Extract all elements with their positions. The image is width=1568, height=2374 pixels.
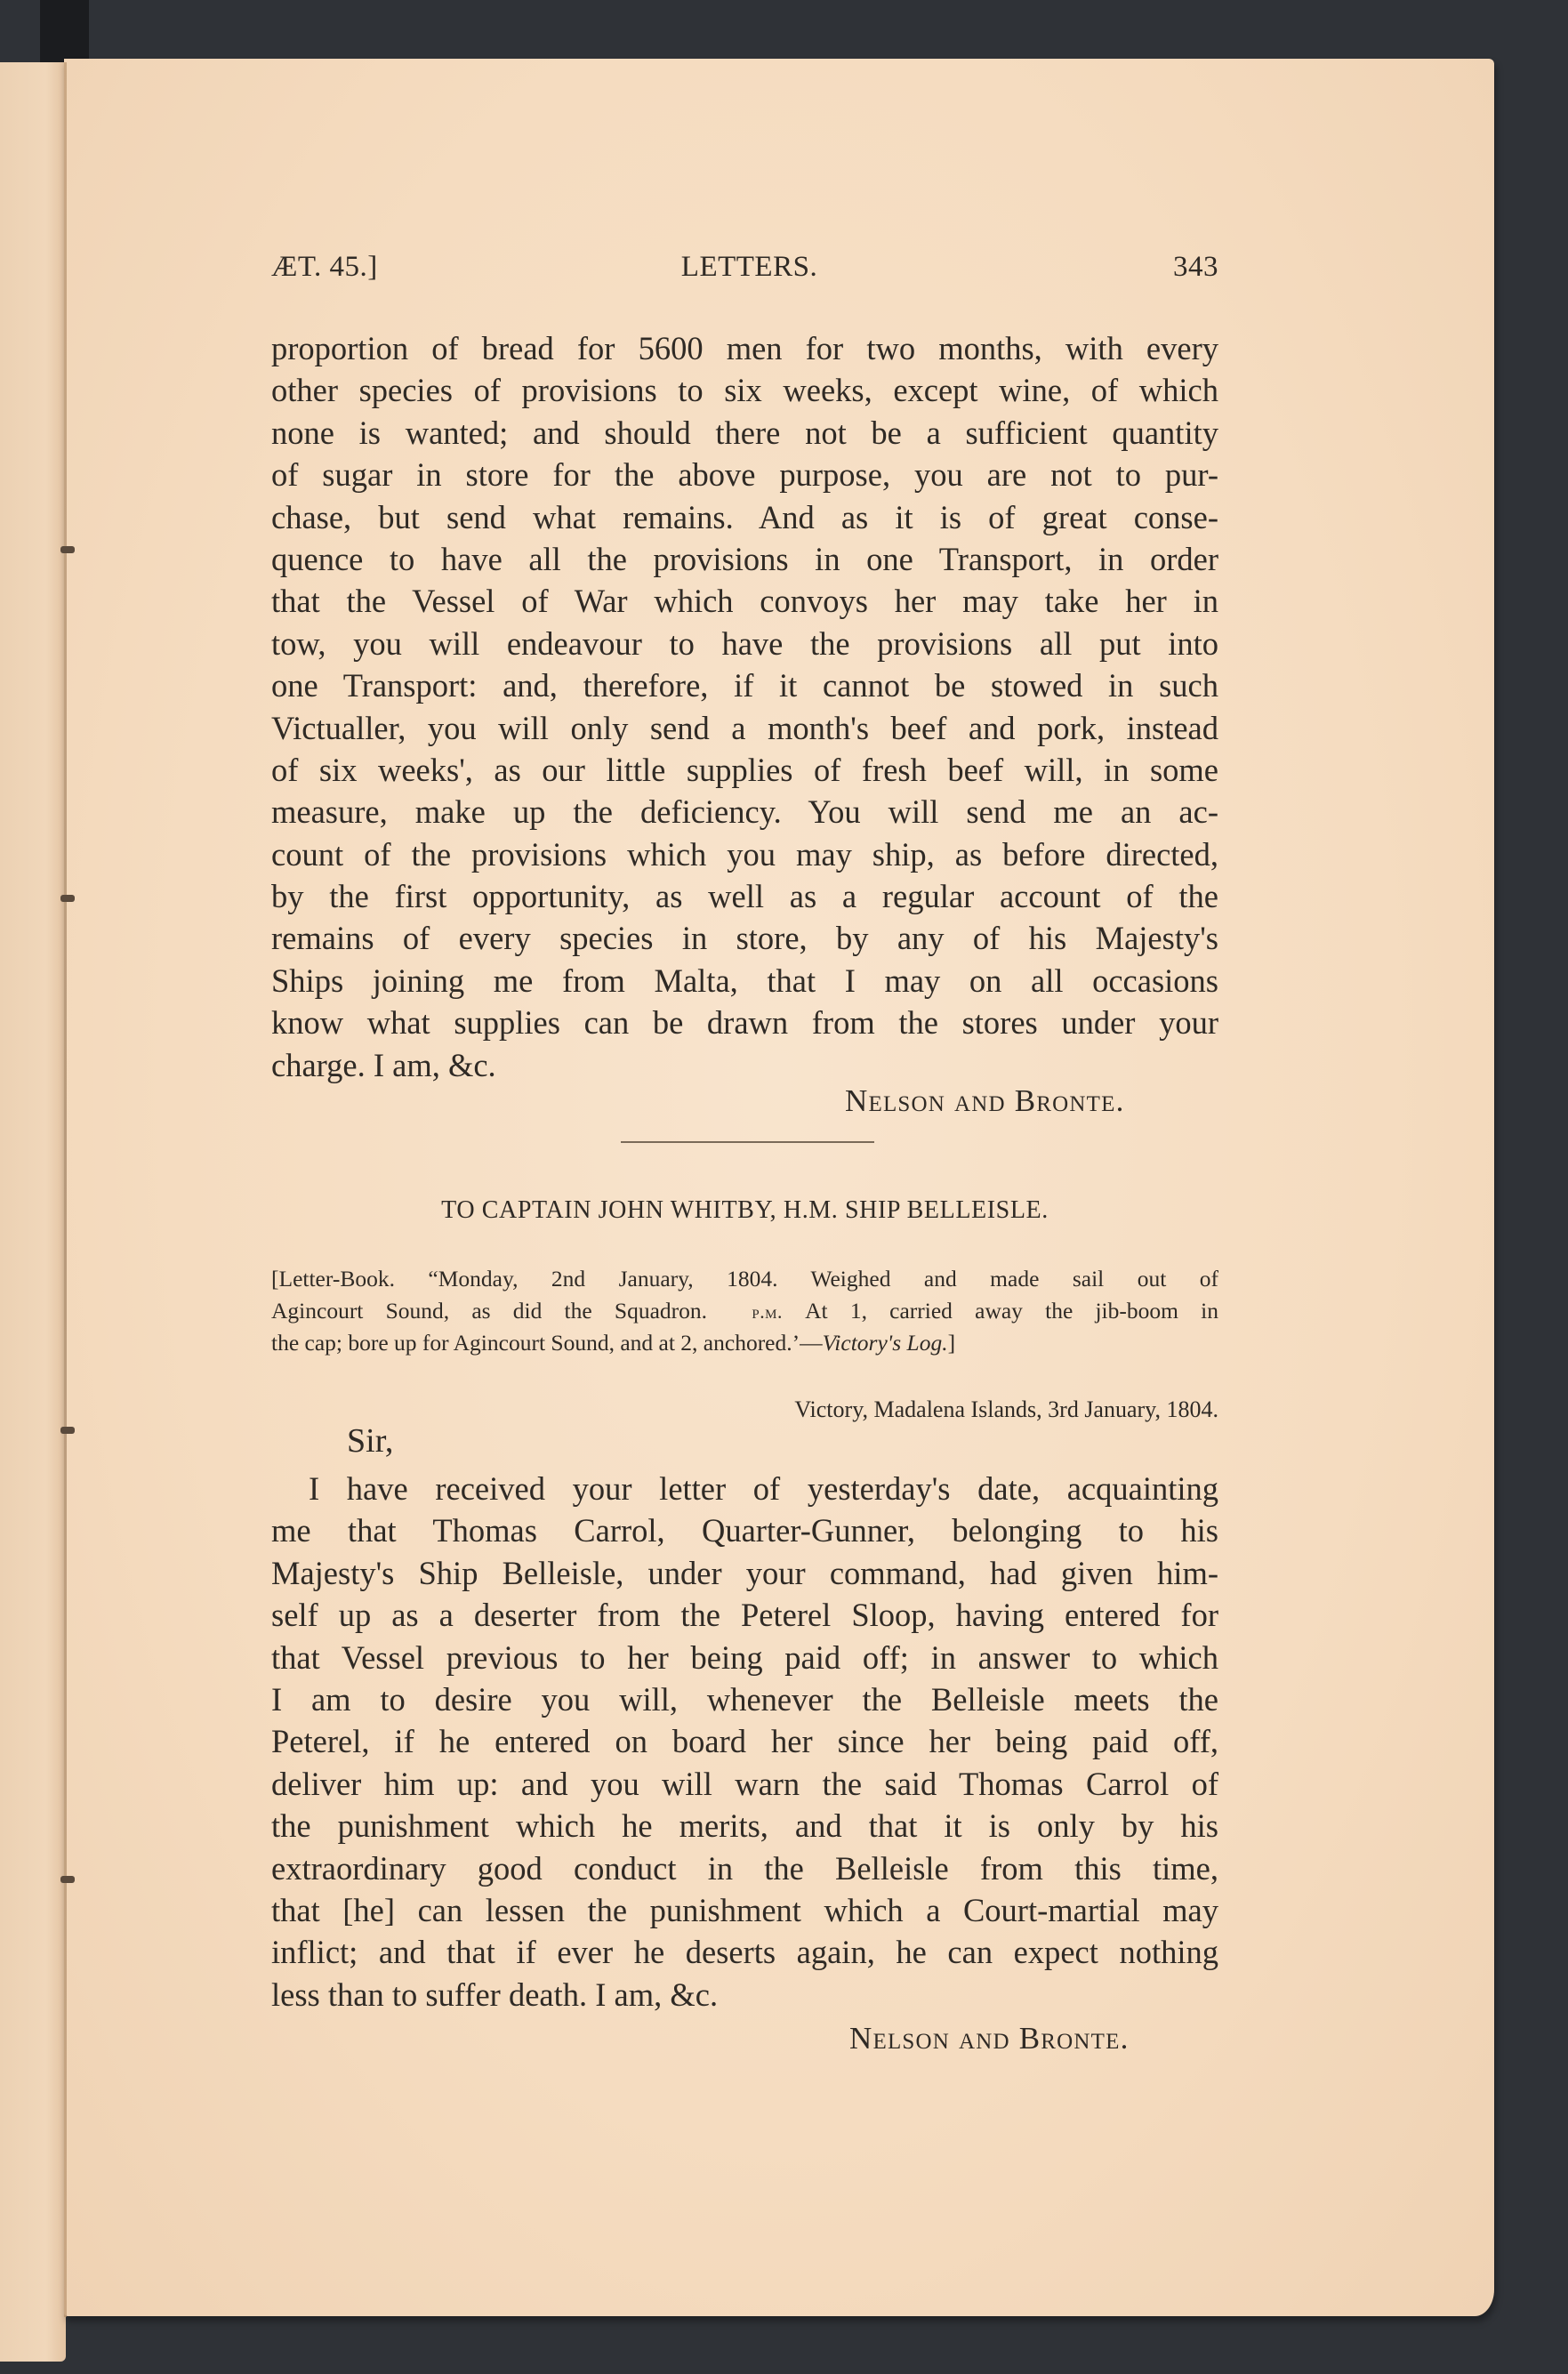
note-line: [Letter-Book. “Monday, 2nd January, 1804… (271, 1263, 1218, 1295)
text-line: inflict; and that if ever he deserts aga… (271, 1931, 1218, 1973)
note-line: the cap; bore up for Agincourt Sound, an… (271, 1327, 1218, 1359)
binding-stitch (60, 1876, 75, 1883)
binding-stitch (60, 895, 75, 902)
text-line: less than to suffer death. I am, &c. (271, 1974, 1218, 2016)
text-line: Ships joining me from Malta, that I may … (271, 960, 1218, 1002)
binding-stitch (60, 546, 75, 553)
salutation: Sir, (347, 1421, 393, 1461)
running-head: ÆT. 45.] LETTERS. 343 (271, 251, 1218, 286)
note-text: the cap; bore up for Agincourt Sound, an… (271, 1330, 823, 1356)
text-line: that Vessel previous to her being paid o… (271, 1637, 1218, 1678)
page-number: 343 (1173, 251, 1218, 284)
note-text: Agincourt Sound, as did the Squadron. (271, 1298, 707, 1324)
note-text: ] (948, 1330, 956, 1356)
text-line: the punishment which he merits, and that… (271, 1805, 1218, 1847)
text-line: deliver him up: and you will warn the sa… (271, 1763, 1218, 1805)
text-line: charge. I am, &c. (271, 1044, 1218, 1086)
text-line: I am to desire you will, whenever the Be… (271, 1678, 1218, 1720)
text-line: proportion of bread for 5600 men for two… (271, 327, 1218, 369)
text-line: I have received your letter of yesterday… (271, 1468, 1218, 1509)
text-line: know what supplies can be drawn from the… (271, 1002, 1218, 1043)
section-title: LETTERS. (271, 251, 1218, 284)
text-line: chase, but send what remains. And as it … (271, 496, 1218, 538)
text-line: me that Thomas Carrol, Quarter-Gunner, b… (271, 1509, 1218, 1551)
text-line: Victualler, you will only send a month's… (271, 707, 1218, 749)
binding-stitch (60, 1427, 75, 1434)
text-line: Peterel, if he entered on board her sinc… (271, 1720, 1218, 1762)
note-text: At 1, carried away the jib-boom in (805, 1298, 1218, 1324)
text-line: extraordinary good conduct in the Bellei… (271, 1847, 1218, 1889)
background-binding (40, 0, 89, 62)
editorial-note: [Letter-Book. “Monday, 2nd January, 1804… (271, 1263, 1218, 1359)
text-line: count of the provisions which you may sh… (271, 833, 1218, 875)
text-line: one Transport: and, therefore, if it can… (271, 664, 1218, 706)
text-line: Majesty's Ship Belleisle, under your com… (271, 1552, 1218, 1594)
text-line: other species of provisions to six weeks… (271, 369, 1218, 411)
text-line: remains of every species in store, by an… (271, 917, 1218, 959)
text-line: self up as a deserter from the Peterel S… (271, 1594, 1218, 1636)
text-line: that [he] can lessen the punishment whic… (271, 1889, 1218, 1931)
source-citation: Victory's Log. (823, 1330, 948, 1356)
text-line: of sugar in store for the above purpose,… (271, 454, 1218, 495)
text-line: that the Vessel of War which convoys her… (271, 580, 1218, 622)
text-line: by the first opportunity, as well as a r… (271, 875, 1218, 917)
facing-page-edge (0, 62, 66, 2362)
text-line: none is wanted; and should there not be … (271, 412, 1218, 454)
text-line: measure, make up the deficiency. You wil… (271, 791, 1218, 833)
text-line: of six weeks', as our little supplies of… (271, 749, 1218, 791)
signature: Nelson and Bronte. (849, 2021, 1130, 2056)
page-gutter (64, 62, 67, 2317)
pm-abbrev: p.m. (752, 1301, 783, 1323)
note-line: Agincourt Sound, as did the Squadron. p.… (271, 1295, 1218, 1327)
dateline: Victory, Madalena Islands, 3rd January, … (794, 1396, 1218, 1423)
letter-1-body: proportion of bread for 5600 men for two… (271, 327, 1218, 1086)
signature: Nelson and Bronte. (845, 1083, 1125, 1119)
letter-heading: TO CAPTAIN JOHN WHITBY, H.M. SHIP BELLEI… (271, 1196, 1218, 1225)
text-line: quence to have all the provisions in one… (271, 538, 1218, 580)
section-divider (621, 1141, 874, 1143)
letter-2-body: I have received your letter of yesterday… (271, 1468, 1218, 2016)
text-line: tow, you will endeavour to have the prov… (271, 623, 1218, 664)
